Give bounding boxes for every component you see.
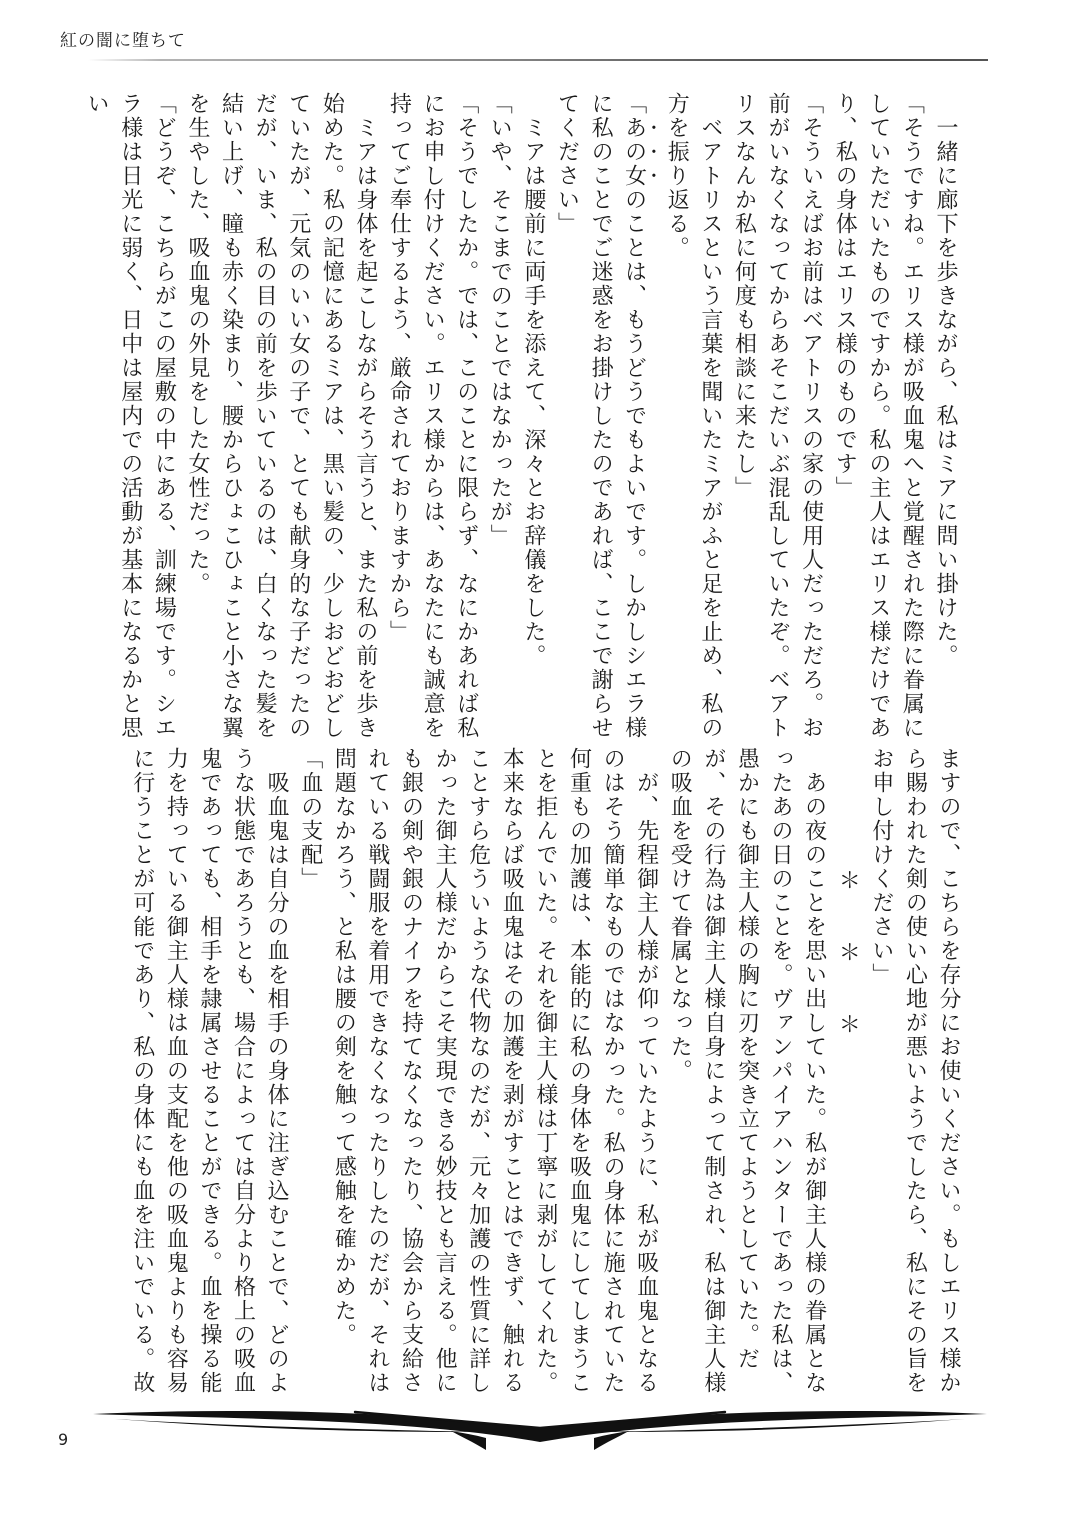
page-number: 9 xyxy=(58,1430,68,1449)
paragraph: 一緒に廊下を歩きながら、私はミアに問い掛けた。 xyxy=(928,92,962,744)
text-block-upper: 一緒に廊下を歩きながら、私はミアに問い掛けた。「そうですね。エリス様が吸血鬼へと… xyxy=(117,92,962,744)
paragraph: 「血の支配」 xyxy=(293,747,327,1405)
paragraph: ミアは身体を起こしながらそう言うと、また私の前を歩き始めた。私の記憶にあるミアは… xyxy=(180,92,382,744)
paragraph: ミアは腰前に両手を添えて、深々とお辞儀をした。 xyxy=(516,92,550,744)
paragraph: 「そうでしたか。では、このことに限らず、なにかあれば私にお申し付けください。エリ… xyxy=(382,92,483,744)
document-page: 紅の闇に堕ちて 一緒に廊下を歩きながら、私はミアに問い掛けた。「そうですね。エリ… xyxy=(0,0,1075,1518)
paragraph: が、先程御主人様が仰っていたように、私が吸血鬼となるのはそう簡単なものではなかっ… xyxy=(327,747,663,1405)
paragraph: 「どうぞ、こちらがこの屋敷の中にある、訓練場です。シエラ様は日光に弱く、日中は屋… xyxy=(80,92,181,744)
footer-ornament-icon xyxy=(85,1402,1005,1458)
paragraph: 「そういえばお前はベアトリスの家の使用人だっただろ。お前がいなくなってからあそこ… xyxy=(727,92,828,744)
paragraph: ますので、こちらを存分にお使いください。もしエリス様から賜われた剣の使い心地が悪… xyxy=(864,747,965,1405)
header-rule xyxy=(88,59,988,61)
scene-separator: ＊ ＊ ＊ xyxy=(831,747,865,1405)
text-block-lower: ますので、こちらを存分にお使いください。もしエリス様から賜われた剣の使い心地が悪… xyxy=(120,747,965,1405)
paragraph: 「あの女のことは、もうどうでもよいです。しかしシエラ様に私のことでご迷惑をお掛け… xyxy=(550,92,660,744)
emphasis-text: あの女 xyxy=(622,116,647,188)
page-header-title: 紅の闇に堕ちて xyxy=(60,26,186,51)
paragraph: ベアトリスという言葉を聞いたミアがふと足を止め、私の方を振り返る。 xyxy=(660,92,727,744)
paragraph: 「いや、そこまでのことではなかったが」 xyxy=(483,92,517,744)
paragraph: 「そうですね。エリス様が吸血鬼へと覚醒された際に眷属にしていただいたものですから… xyxy=(828,92,929,744)
paragraph: 吸血鬼は自分の血を相手の身体に注ぎ込むことで、どのような状態であろうとも、場合に… xyxy=(125,747,293,1405)
paragraph: あの夜のことを思い出していた。私が御主人様の眷属となったあの日のことを。ヴァンパ… xyxy=(663,747,831,1405)
